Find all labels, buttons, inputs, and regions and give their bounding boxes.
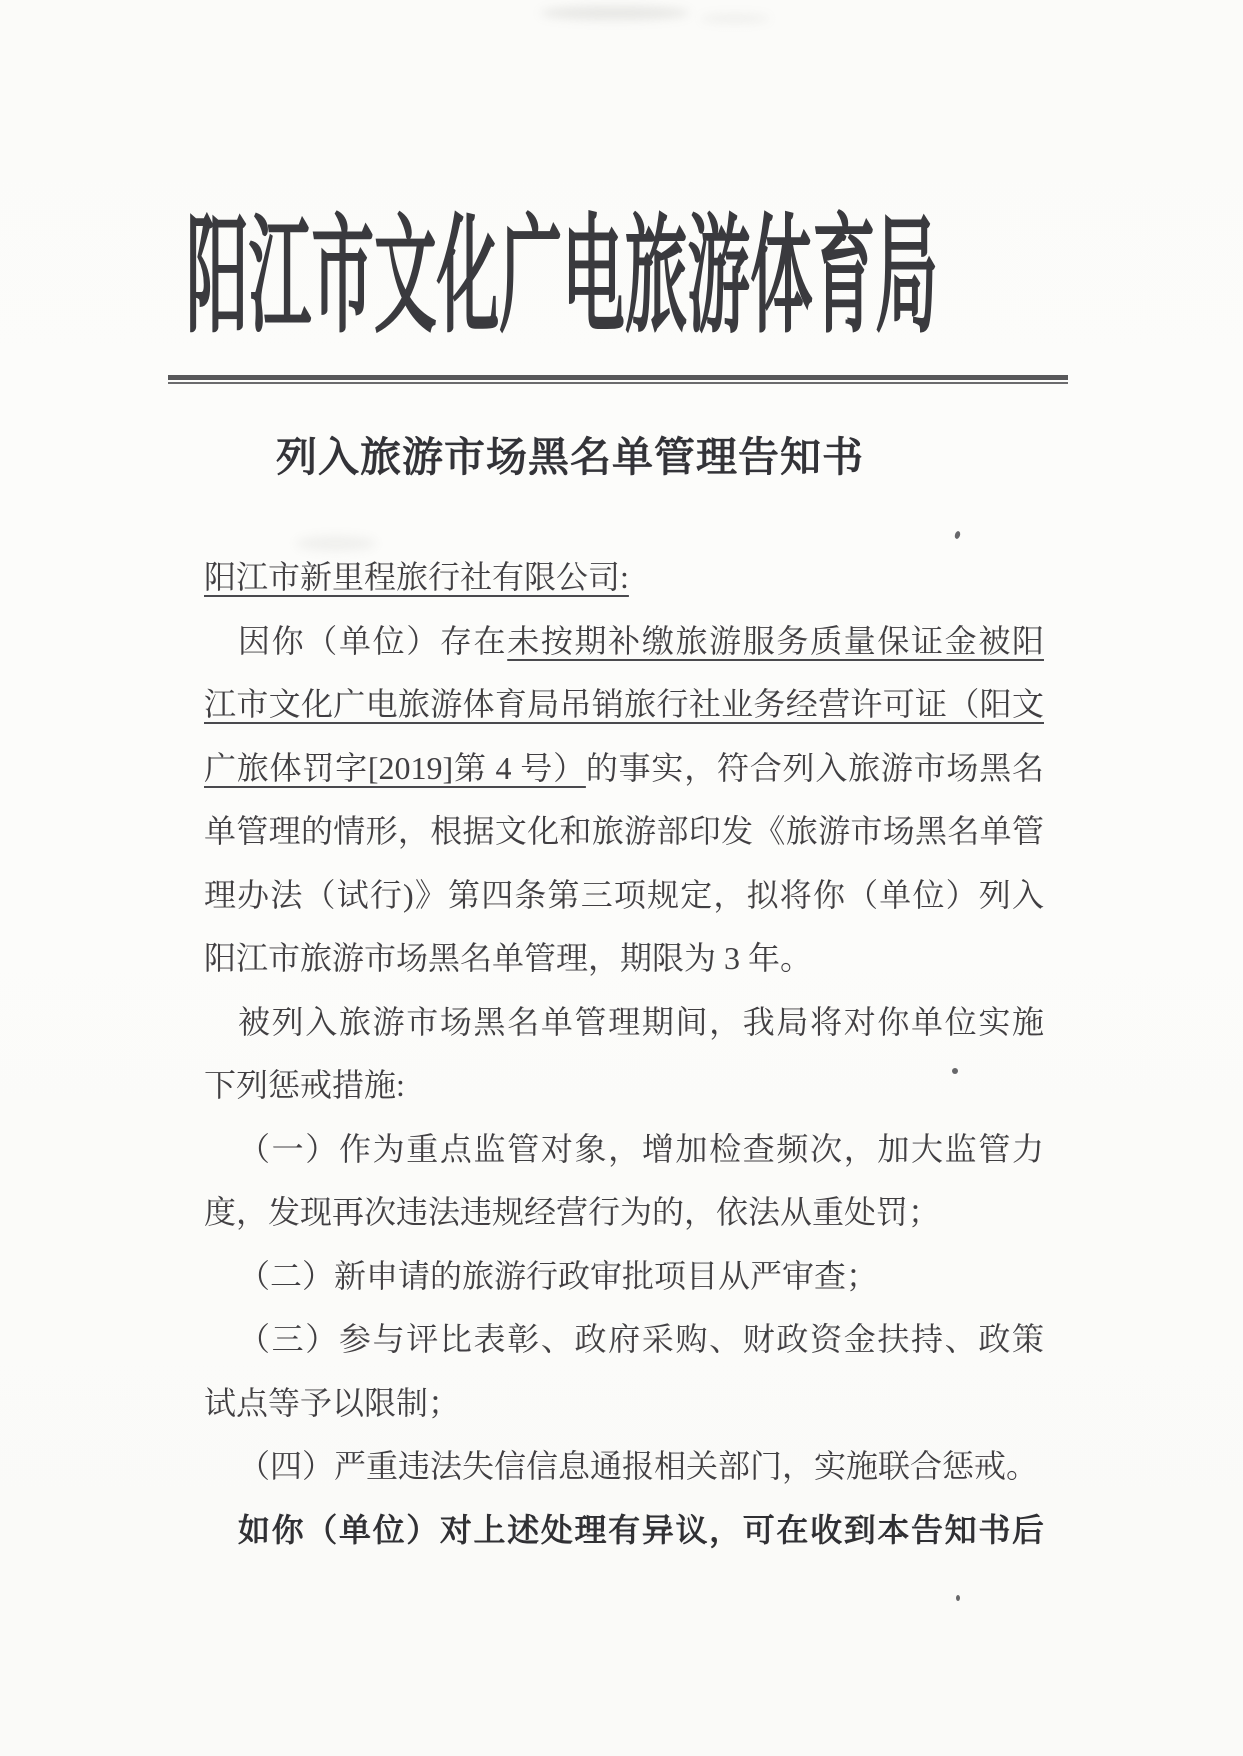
text-run: 如你（单位）对上述处理有异议，可在收到本告知书后 xyxy=(238,1512,1044,1548)
scan-smudge xyxy=(296,536,376,551)
body-line: （一）作为重点监管对象，增加检查频次，加大监管力 xyxy=(204,1118,1044,1182)
underlined-text-run: 广旅体罚字[2019]第 4 号） xyxy=(204,750,586,786)
agency-letterhead: 阳江市文化广电旅游体育局 xyxy=(182,198,942,348)
scan-speck xyxy=(954,530,961,539)
body-line: （三）参与评比表彰、政府采购、财政资金扶持、政策 xyxy=(204,1308,1044,1372)
scan-speck xyxy=(952,1068,958,1074)
scan-smudge xyxy=(540,6,690,20)
rule-thick-line xyxy=(168,375,1068,380)
scan-smudge xyxy=(700,14,770,23)
scanned-document-page: 阳江市文化广电旅游体育局 列入旅游市场黑名单管理告知书 阳江市新里程旅行社有限公… xyxy=(0,0,1243,1756)
body-line: 阳江市旅游市场黑名单管理，期限为 3 年。 xyxy=(204,927,1044,991)
body-line-bold: 如你（单位）对上述处理有异议，可在收到本告知书后 xyxy=(204,1499,1044,1563)
document-title: 列入旅游市场黑名单管理告知书 xyxy=(170,424,970,483)
text-run: 下列惩戒措施: xyxy=(204,1067,405,1103)
body-line: 下列惩戒措施: xyxy=(204,1054,1044,1118)
text-run: 理办法（试行)》第四条第三项规定，拟将你（单位）列入 xyxy=(204,877,1044,913)
underlined-text-run: 江市文化广电旅游体育局吊销旅行社业务经营许可证（阳文 xyxy=(204,686,1044,722)
agency-name: 阳江市文化广电旅游体育局 xyxy=(186,206,938,348)
body-line: 度，发现再次违法违规经营行为的，依法从重处罚； xyxy=(204,1181,1044,1245)
text-run: 被列入旅游市场黑名单管理期间，我局将对你单位实施 xyxy=(238,1004,1044,1040)
body-line: 理办法（试行)》第四条第三项规定，拟将你（单位）列入 xyxy=(204,864,1044,928)
body-line: 单管理的情形，根据文化和旅游部印发《旅游市场黑名单管 xyxy=(204,800,1044,864)
body-line: （二）新申请的旅游行政审批项目从严审查； xyxy=(204,1245,1044,1309)
underlined-text-run: 未按期补缴旅游服务质量保证金被阳 xyxy=(507,623,1044,659)
text-run: 单管理的情形，根据文化和旅游部印发《旅游市场黑名单管 xyxy=(204,813,1044,849)
document-body: 阳江市新里程旅行社有限公司: 因你（单位）存在未按期补缴旅游服务质量保证金被阳 … xyxy=(204,546,1044,1562)
text-run: （三）参与评比表彰、政府采购、财政资金扶持、政策 xyxy=(238,1321,1044,1357)
body-line: 试点等予以限制； xyxy=(204,1372,1044,1436)
text-run: （四）严重违法失信信息通报相关部门，实施联合惩戒。 xyxy=(238,1448,1038,1484)
text-run: 试点等予以限制； xyxy=(204,1385,460,1421)
scan-speck xyxy=(956,1595,960,1601)
recipient-line: 阳江市新里程旅行社有限公司: xyxy=(204,546,1044,610)
text-run: （二）新申请的旅游行政审批项目从严审查； xyxy=(238,1258,878,1294)
body-line: 被列入旅游市场黑名单管理期间，我局将对你单位实施 xyxy=(204,991,1044,1055)
letterhead-rule xyxy=(168,375,1068,384)
text-run: 的事实，符合列入旅游市场黑名 xyxy=(586,750,1044,786)
body-line: （四）严重违法失信信息通报相关部门，实施联合惩戒。 xyxy=(204,1435,1044,1499)
text-run: 因你（单位）存在 xyxy=(238,623,507,659)
rule-thin-line xyxy=(168,382,1068,384)
body-line: 广旅体罚字[2019]第 4 号）的事实，符合列入旅游市场黑名 xyxy=(204,737,1044,801)
body-line: 江市文化广电旅游体育局吊销旅行社业务经营许可证（阳文 xyxy=(204,673,1044,737)
text-run: （一）作为重点监管对象，增加检查频次，加大监管力 xyxy=(238,1131,1044,1167)
text-run: 度，发现再次违法违规经营行为的，依法从重处罚； xyxy=(204,1194,940,1230)
underlined-text-run: 阳江市新里程旅行社有限公司: xyxy=(204,559,629,595)
body-line: 因你（单位）存在未按期补缴旅游服务质量保证金被阳 xyxy=(204,610,1044,674)
text-run: 阳江市旅游市场黑名单管理，期限为 3 年。 xyxy=(204,940,812,976)
